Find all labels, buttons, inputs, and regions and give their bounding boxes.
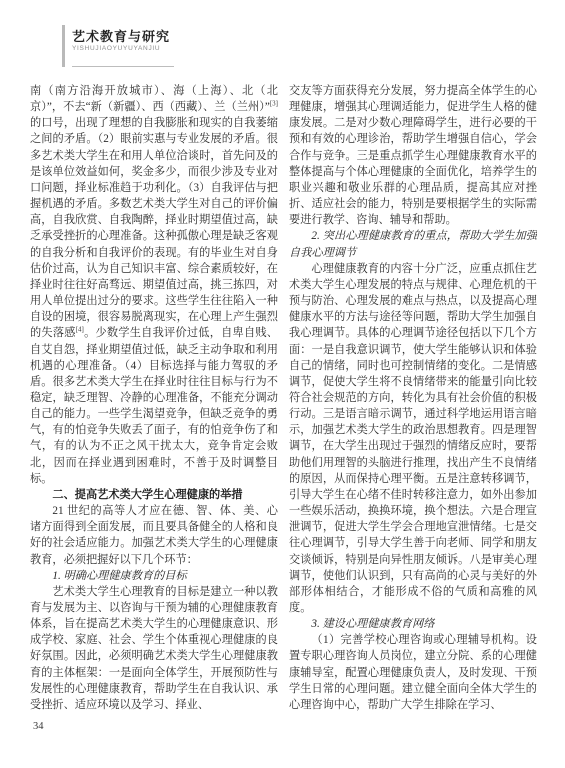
paragraph: 南（南方沿海开放城市）、海（上海）、北（北京）”，不去“新（新疆）、西（西藏）、… [30,83,278,487]
journal-title: 艺术教育与研究 [72,29,170,44]
sub-heading: 2. 突出心理健康教育的重点，帮助大学生加强自我心理调节 [289,228,537,260]
journal-header: 艺术教育与研究 YISHUJIAOYUYUYANJIU [62,25,174,67]
header-accent-bar [62,25,65,67]
article-body: 南（南方沿海开放城市）、海（上海）、北（北京）”，不去“新（新疆）、西（西藏）、… [30,83,537,713]
text-column-left: 南（南方沿海开放城市）、海（上海）、北（北京）”，不去“新（新疆）、西（西藏）、… [30,83,278,713]
citation-ref: [4] [76,326,84,334]
sub-heading: 1. 明确心理健康教育的目标 [30,568,278,584]
journal-masthead: 艺术教育与研究 YISHUJIAOYUYUYANJIU [72,25,174,67]
citation-ref: [3] [270,99,278,107]
section-heading: 二、提高艺术类大学生心理健康的举措 [30,487,278,503]
paragraph: 交友等方面获得充分发展，努力提高全体学生的心理健康，增强其心理调适能力，促进学生… [289,83,537,228]
sub-heading: 3. 建设心理健康教育网络 [289,616,537,632]
journal-page: 艺术教育与研究 YISHUJIAOYUYUYANJIU 南（南方沿海开放城市）、… [0,0,565,768]
page-number: 34 [33,721,44,732]
paragraph: 21 世纪的高等人才应在德、智、体、美、心诸方面得到全面发展，而且要具备健全的人… [30,503,278,568]
text-column-right: 交友等方面获得充分发展，努力提高全体学生的心理健康，增强其心理调适能力，促进学生… [289,83,537,713]
paragraph: （1）完善学校心理咨询或心理辅导机构。设置专职心理咨询人员岗位，建立分院、系的心… [289,632,537,713]
paragraph: 心理健康教育的内容十分广泛，应重点抓住艺术类大学生心理发展的特点与规律、心理危机… [289,261,537,616]
paragraph: 艺术类大学生心理教育的目标是建立一种以教育与发展为主、以咨询与干预为辅的心理健康… [30,584,278,713]
journal-title-pinyin: YISHUJIAOYUYUYANJIU [72,45,170,53]
